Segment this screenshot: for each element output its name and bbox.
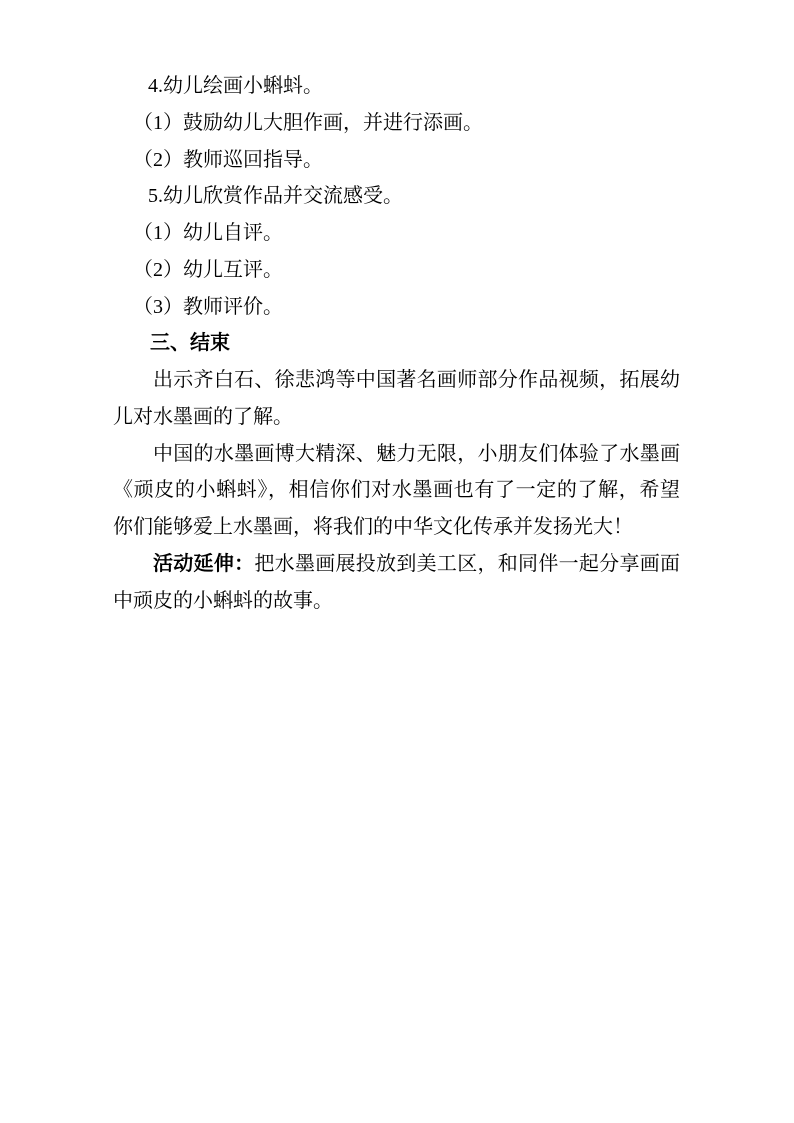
doc-line-sub-item: （1）鼓励幼儿大胆作画，并进行添画。 — [113, 105, 680, 142]
doc-line-sub-item: （1）幼儿自评。 — [113, 215, 680, 252]
doc-line-sub-item: （2）教师巡回指导。 — [113, 142, 680, 179]
doc-line-numbered-item: 5.幼儿欣赏作品并交流感受。 — [113, 178, 680, 215]
doc-line-paragraph-lead: 活动延伸：把水墨画展投放到美工区，和同伴一起分享画面中顽皮的小蝌蚪的故事。 — [113, 546, 680, 620]
document-page: 4.幼儿绘画小蝌蚪。（1）鼓励幼儿大胆作画，并进行添画。（2）教师巡回指导。5.… — [0, 0, 794, 1123]
doc-line-numbered-item: 4.幼儿绘画小蝌蚪。 — [113, 68, 680, 105]
doc-line-sub-item: （2）幼儿互评。 — [113, 252, 680, 289]
doc-line-sub-item: （3）教师评价。 — [113, 289, 680, 326]
document-body: 4.幼儿绘画小蝌蚪。（1）鼓励幼儿大胆作画，并进行添画。（2）教师巡回指导。5.… — [113, 68, 680, 619]
doc-line-paragraph: 中国的水墨画博大精深、魅力无限，小朋友们体验了水墨画《顽皮的小蝌蚪》，相信你们对… — [113, 436, 680, 546]
paragraph-lead-label: 活动延伸： — [153, 553, 254, 575]
doc-line-paragraph: 出示齐白石、徐悲鸿等中国著名画师部分作品视频，拓展幼儿对水墨画的了解。 — [113, 362, 680, 436]
doc-line-heading: 三、结束 — [113, 325, 680, 362]
